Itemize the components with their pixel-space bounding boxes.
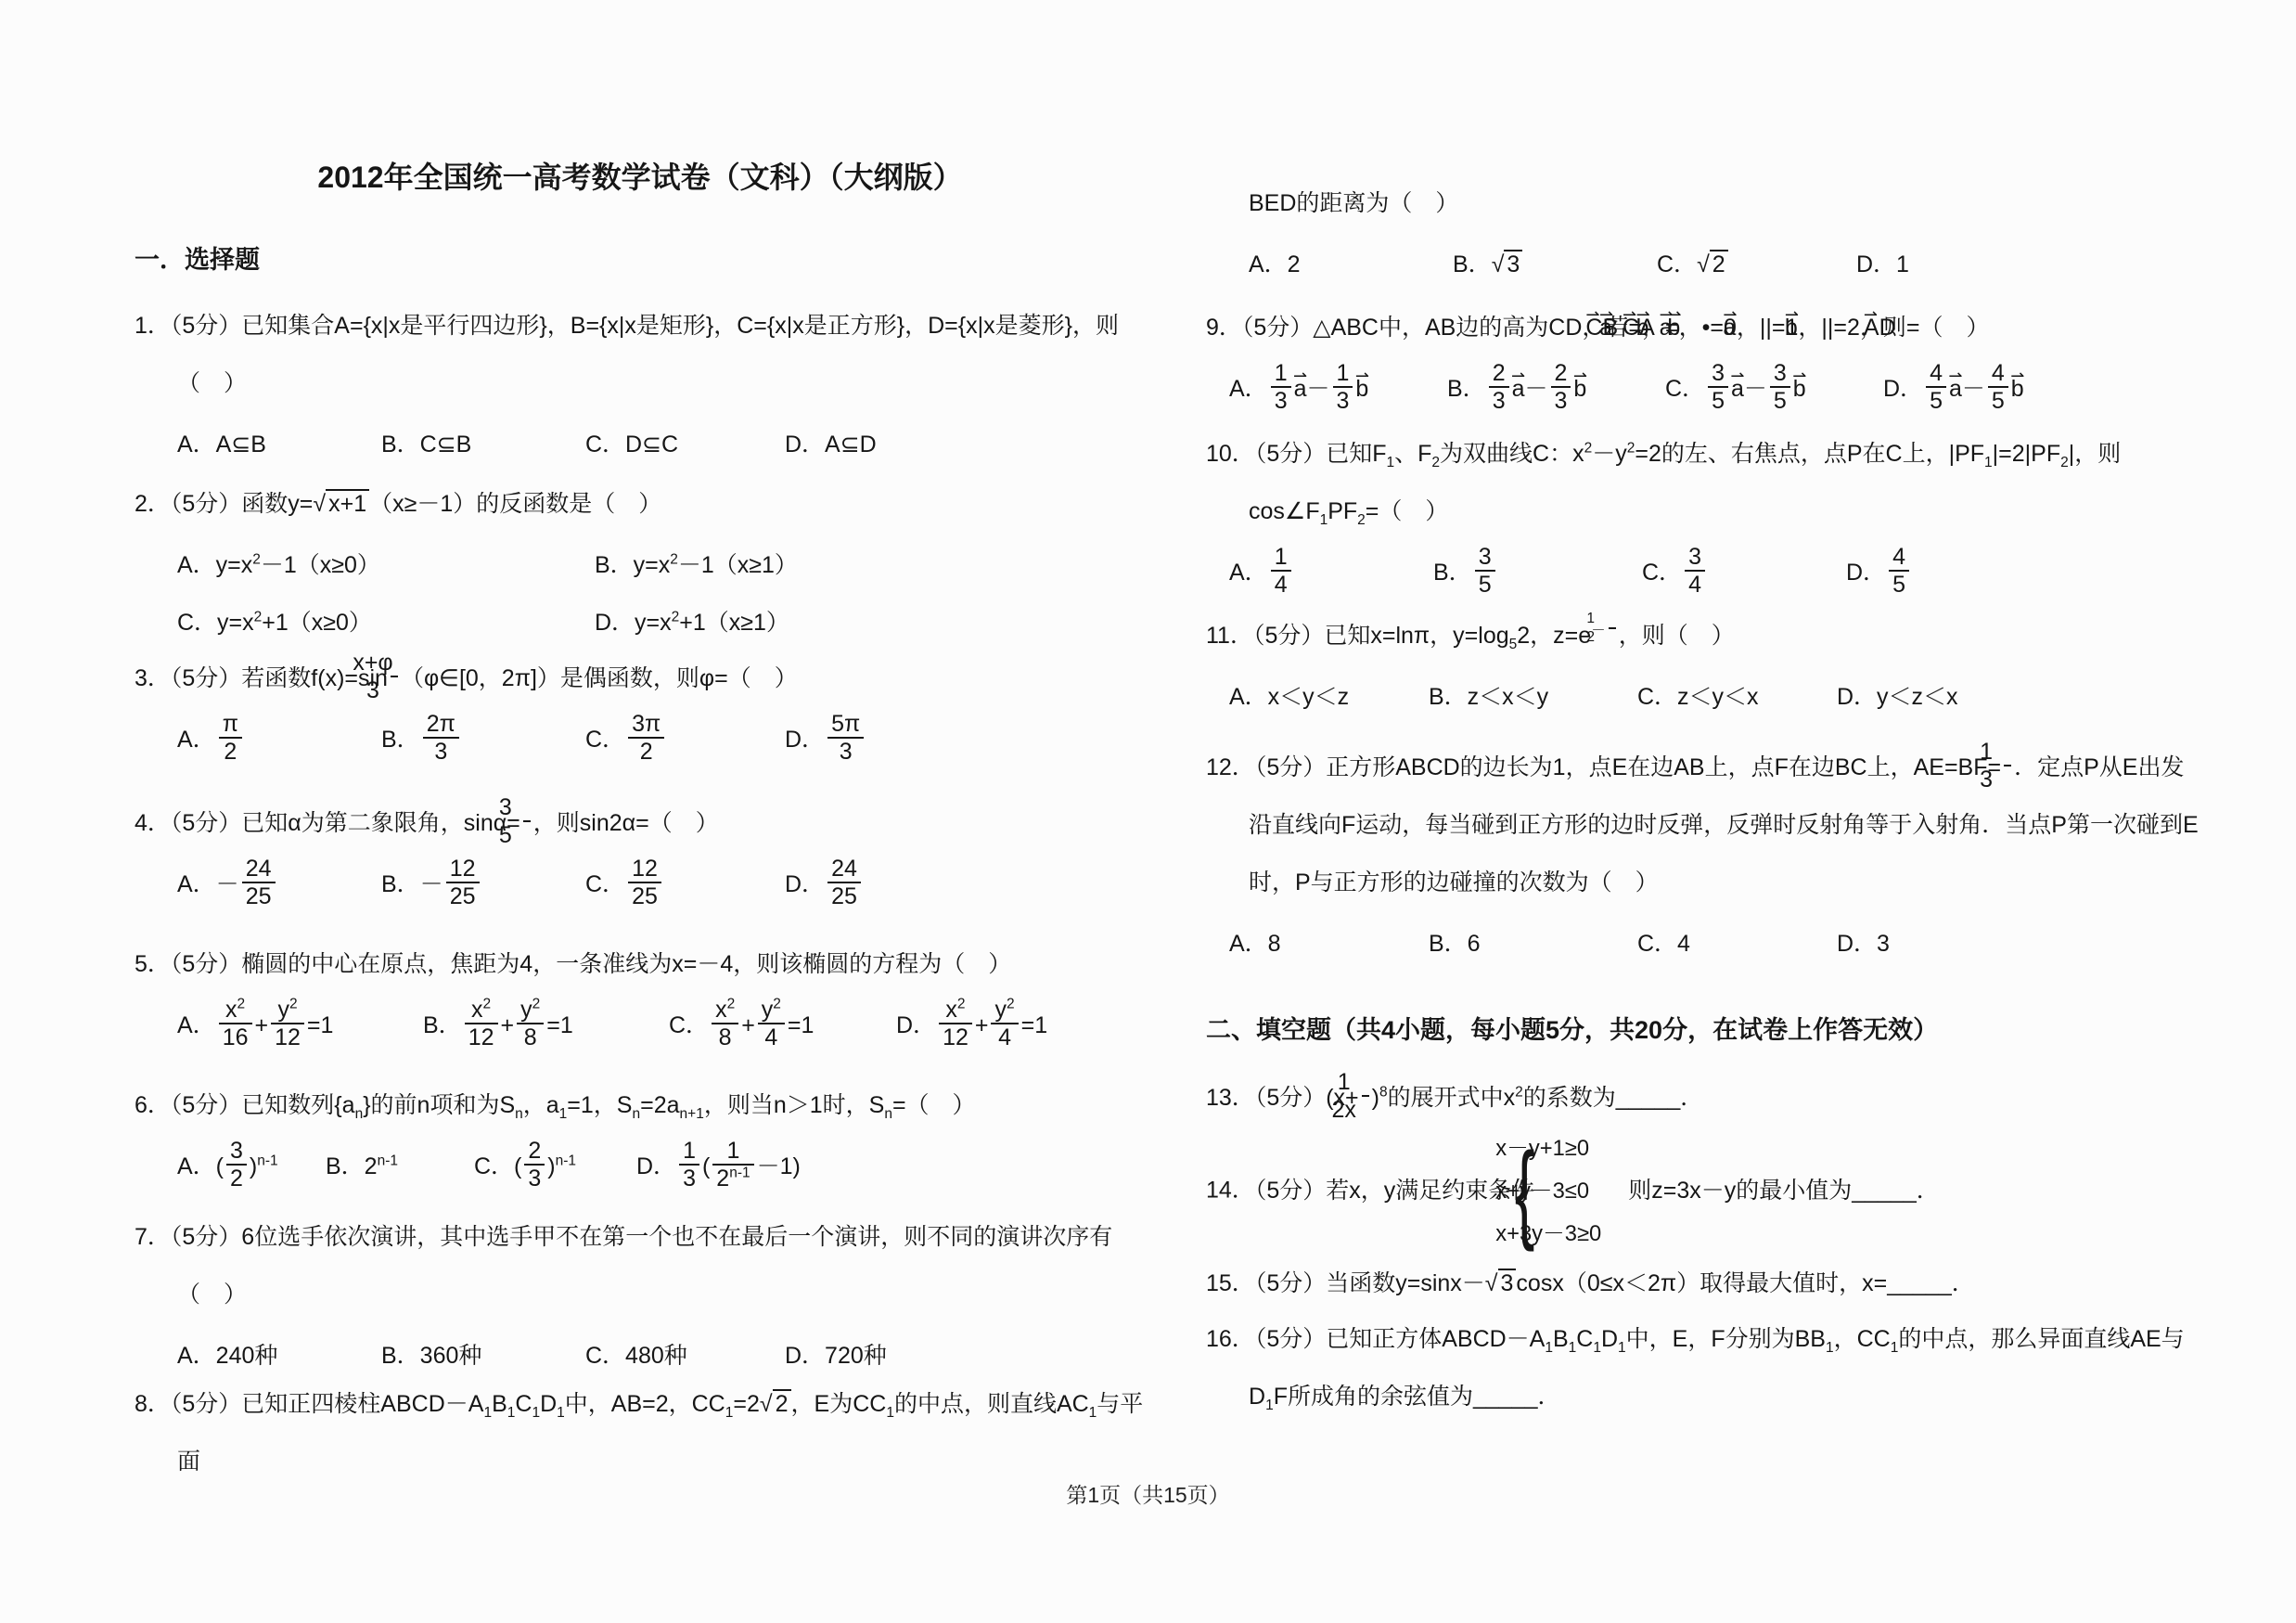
option-b: B．23a－23b [1447,360,1665,418]
question-number: 6． [135,1092,171,1118]
question-6-stem: 6．（5分）已知数列{an}的前n项和为Sn，a1=1，Sn=2an+1，则当n… [135,1076,1146,1134]
question-11-stem: 11．（5分）已知x=lnπ，y=log52，z=e－12，则（ ） [1206,607,2203,664]
option-c: C．D⊆C [585,416,785,473]
question-12-options: A．8 B．6 C．4 D．3 [1206,915,2203,973]
question-16: 16．（5分）已知正方体ABCD－A1B1C1D1中，E，F分别为BB1，CC1… [1206,1310,2203,1425]
question-1-options: A．A⊆B B．C⊆B C．D⊆C D．A⊆D [135,416,1146,473]
question-12: 12．（5分）正方形ABCD的边长为1，点E在边AB上，点F在边BC上，AE=B… [1206,739,2203,973]
option-a: A．8 [1229,915,1429,973]
option-b: B．x212+y28=1 [423,997,669,1054]
option-c: C．34 [1642,544,1846,601]
question-1-stem: 1．（5分）已知集合A={x|x是平行四边形}，B={x|x是矩形}，C={x|… [135,297,1146,412]
question-4-stem: 4．（5分）已知α为第二象限角，sinα=35，则sin2α=（ ） [135,794,1146,852]
option-d: D．13(12n-1－1) [636,1138,1146,1195]
option-d: D．A⊆D [785,416,1146,473]
question-1: 1．（5分）已知集合A={x|x是平行四边形}，B={x|x是矩形}，C={x|… [135,297,1146,473]
option-b: B．2π3 [381,711,585,768]
question-6-options: A．(32)n-1 B．2n-1 C．(23)n-1 D．13(12n-1－1) [135,1138,1146,1195]
question-11: 11．（5分）已知x=lnπ，y=log52，z=e－12，则（ ） A．x＜y… [1206,607,2203,726]
question-12-stem: 12．（5分）正方形ABCD的边长为1，点E在边AB上，点F在边BC上，AE=B… [1206,739,2203,911]
question-number: 5． [135,951,171,977]
option-d: D．y＜z＜x [1837,668,2203,726]
question-4-options: A．－2425 B．－1225 C．1225 D．2425 [135,856,1146,913]
question-9-stem: 9．（5分）△ABC中，AB边的高为CD，若CB=a，CA=b，a•b=0，|a… [1206,299,2203,356]
option-a: A．(32)n-1 [177,1138,326,1195]
section-two-header: 二、填空题（共4小题，每小题5分，共20分，在试卷上作答无效） [1206,1010,2203,1050]
option-b: B．2n-1 [326,1138,474,1195]
option-d: D．5π3 [785,711,1146,768]
option-c: C．(23)n-1 [474,1138,636,1195]
option-d: D．x212+y24=1 [896,997,1146,1054]
question-number: 12． [1206,754,1255,780]
option-b: B．√3 [1453,236,1657,293]
option-d: D．1 [1856,236,2203,293]
option-d: D．y=x2+1（x≥1） [595,594,1146,651]
question-8-stem: 8．（5分）已知正四棱柱ABCD－A1B1C1D1中，AB=2，CC1=2√2，… [135,1375,1146,1490]
question-14-stem: 14．（5分）若x，y满足约束条件{x－y+1≥0x+y－3≤0x+3y－3≥0… [1206,1127,2203,1256]
option-a: A．y=x2－1（x≥0） [177,536,595,594]
question-10-options: A．14 B．35 C．34 D．45 [1206,544,2203,601]
section-one-header: 一．选择题 [135,239,1146,280]
question-14: 14．（5分）若x，y满足约束条件{x－y+1≥0x+y－3≤0x+3y－3≥0… [1206,1127,2203,1256]
question-number: 10． [1206,441,1255,467]
option-a: A．－2425 [177,856,381,913]
question-13: 13．（5分）(x+12x)8的展开式中x2的系数为_____． [1206,1069,2203,1127]
question-8-options: A．2 B．√3 C．√2 D．1 [1206,236,2203,293]
question-number: 3． [135,665,171,691]
option-b: B．6 [1429,915,1637,973]
question-8-stem-continued: BED的距离为（ ） [1206,174,2203,232]
question-number: 15． [1206,1270,1255,1296]
question-9-options: A．13a－13b B．23a－23b C．35a－35b D．45a－45b [1206,360,2203,418]
option-c: C．35a－35b [1665,360,1883,418]
question-number: 2． [135,491,171,517]
question-number: 1． [135,313,171,339]
page-footer: 第1页（共15页） [0,1478,2296,1509]
question-6: 6．（5分）已知数列{an}的前n项和为Sn，a1=1，Sn=2an+1，则当n… [135,1076,1146,1195]
question-number: 11． [1206,623,1253,649]
option-a: A．14 [1229,544,1433,601]
question-number: 13． [1206,1085,1255,1111]
question-15-stem: 15．（5分）当函数y=sinx－√3cosx（0≤x＜2π）取得最大值时，x=… [1206,1255,2203,1312]
option-c: C．x28+y24=1 [669,997,896,1054]
question-11-options: A．x＜y＜z B．z＜x＜y C．z＜y＜x D．y＜z＜x [1206,668,2203,726]
question-3-options: A．π2 B．2π3 C．3π2 D．5π3 [135,711,1146,768]
option-c: C．1225 [585,856,785,913]
question-8: 8．（5分）已知正四棱柱ABCD－A1B1C1D1中，AB=2，CC1=2√2，… [135,1375,1146,1490]
page-title: 2012年全国统一高考数学试卷（文科）（大纲版） [135,156,1146,199]
question-10-stem: 10．（5分）已知F1、F2为双曲线C：x2－y2=2的左、右焦点，点P在C上，… [1206,425,2203,540]
right-column: BED的距离为（ ） A．2 B．√3 C．√2 D．1 9．（5分）△ABC中… [1206,121,2203,1568]
option-d: D．45a－45b [1883,360,2203,418]
option-c: C．4 [1637,915,1837,973]
option-b: B．－1225 [381,856,585,913]
option-d: D．45 [1846,544,2203,601]
question-7: 7．（5分）6位选手依次演讲，其中选手甲不在第一个也不在最后一个演讲，则不同的演… [135,1208,1146,1385]
option-b: B．C⊆B [381,416,585,473]
question-number: 4． [135,810,171,836]
option-d: D．3 [1837,915,2203,973]
question-2-options: A．y=x2－1（x≥0） B．y=x2－1（x≥1） C．y=x2+1（x≥0… [135,536,1146,651]
option-b: B．y=x2－1（x≥1） [595,536,1146,594]
question-number: 7． [135,1224,171,1250]
option-b: B．z＜x＜y [1429,668,1637,726]
question-3-stem: 3．（5分）若函数f(x)=sinx+φ3（φ∈[0，2π]）是偶函数，则φ=（… [135,650,1146,707]
question-7-stem: 7．（5分）6位选手依次演讲，其中选手甲不在第一个也不在最后一个演讲，则不同的演… [135,1208,1146,1323]
question-2-stem: 2．（5分）函数y=√x+1（x≥－1）的反函数是（ ） [135,475,1146,533]
question-9: 9．（5分）△ABC中，AB边的高为CD，若CB=a，CA=b，a•b=0，|a… [1206,299,2203,418]
option-a: A．A⊆B [177,416,381,473]
question-4: 4．（5分）已知α为第二象限角，sinα=35，则sin2α=（ ） A．－24… [135,794,1146,913]
option-d: D．2425 [785,856,1146,913]
question-number: 14． [1206,1178,1255,1204]
option-a: A．2 [1249,236,1453,293]
option-c: C．√2 [1657,236,1856,293]
question-5-options: A．x216+y212=1 B．x212+y28=1 C．x28+y24=1 D… [135,997,1146,1054]
left-column: 2012年全国统一高考数学试卷（文科）（大纲版） 一．选择题 1．（5分）已知集… [135,121,1146,1568]
question-2: 2．（5分）函数y=√x+1（x≥－1）的反函数是（ ） A．y=x2－1（x≥… [135,475,1146,651]
question-10: 10．（5分）已知F1、F2为双曲线C：x2－y2=2的左、右焦点，点P在C上，… [1206,425,2203,601]
question-number: 9． [1206,315,1242,341]
question-16-stem: 16．（5分）已知正方体ABCD－A1B1C1D1中，E，F分别为BB1，CC1… [1206,1310,2203,1425]
question-13-stem: 13．（5分）(x+12x)8的展开式中x2的系数为_____． [1206,1069,2203,1127]
option-a: A．π2 [177,711,381,768]
question-5: 5．（5分）椭圆的中心在原点，焦距为4，一条准线为x=－4，则该椭圆的方程为（ … [135,935,1146,1054]
question-8-continuation: BED的距离为（ ） A．2 B．√3 C．√2 D．1 [1206,174,2203,293]
question-15: 15．（5分）当函数y=sinx－√3cosx（0≤x＜2π）取得最大值时，x=… [1206,1255,2203,1312]
option-c: C．y=x2+1（x≥0） [177,594,595,651]
option-a: A．x＜y＜z [1229,668,1429,726]
option-c: C．3π2 [585,711,785,768]
question-number: 8． [135,1391,171,1417]
option-b: B．35 [1433,544,1642,601]
question-5-stem: 5．（5分）椭圆的中心在原点，焦距为4，一条准线为x=－4，则该椭圆的方程为（ … [135,935,1146,993]
question-3: 3．（5分）若函数f(x)=sinx+φ3（φ∈[0，2π]）是偶函数，则φ=（… [135,650,1146,768]
option-a: A．13a－13b [1229,360,1447,418]
option-a: A．x216+y212=1 [177,997,423,1054]
question-number: 16． [1206,1326,1255,1352]
option-c: C．z＜y＜x [1637,668,1837,726]
